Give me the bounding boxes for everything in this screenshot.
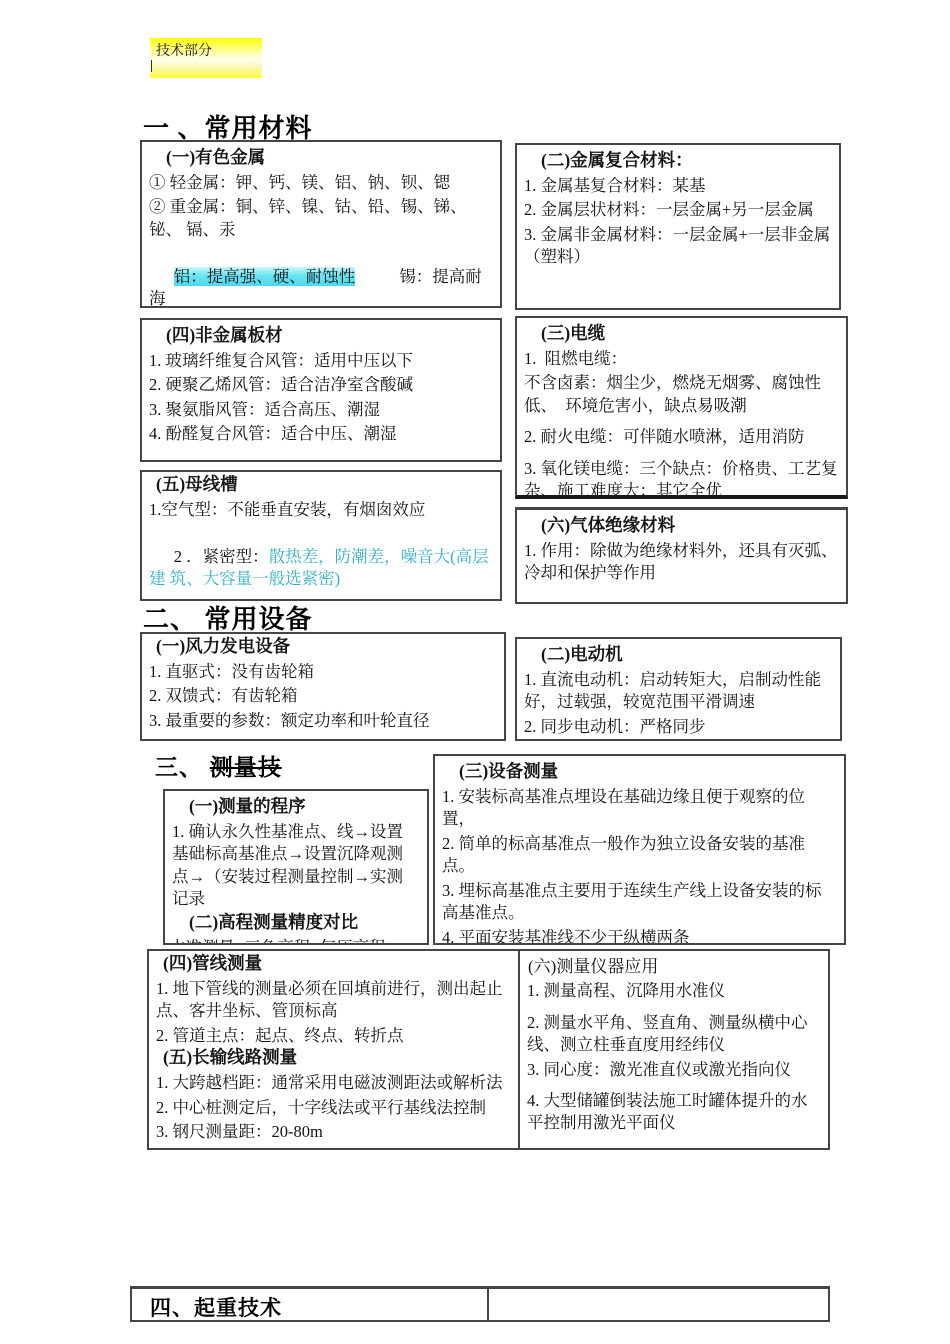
list-item: 1. 确认永久性基准点、线→设置基础标高基准点→设置沉降观测点→（安装过程测量控… xyxy=(165,821,427,911)
struck-text: 测量技 xyxy=(210,755,282,780)
list-item: 2. 中心桩测定后，十字线法或平行基线法控制 xyxy=(149,1097,518,1119)
list-item: 2. 管道主点：起点、终点、转折点 xyxy=(149,1025,518,1047)
box-subtitle: (二)高程测量精度对比 xyxy=(165,911,427,935)
list-item: ① 轻金属：钾、钙、镁、铝、钠、钡、锶 xyxy=(142,172,500,194)
list-item: 2. 金属层状材料：一层金属+另一层金属 xyxy=(517,199,839,221)
box-title: (二)金属复合材料： xyxy=(517,145,839,173)
list-item: 2. 耐火电缆：可伴随水喷淋，适用消防 xyxy=(517,426,846,448)
box-title: (一)风力发电设备 xyxy=(142,634,504,659)
section4-left-cell: 四、起重技术 xyxy=(132,1289,489,1320)
list-item: 2. 硬聚乙烯风管：适合洁净室含酸碱 xyxy=(142,374,500,396)
list-item: 2 ．紧密型：散热差，防潮差，噪音大(高层建 筑、大容量一般选紧密) xyxy=(142,523,500,601)
inline-text: 2 ．紧密型： xyxy=(174,547,269,566)
list-item: 2. 双馈式：有齿轮箱 xyxy=(142,685,504,707)
list-item: 1. 作用：除做为绝缘材料外，还具有灭弧、 冷却和保护等作用 xyxy=(517,540,846,585)
section4-right-cell-empty xyxy=(489,1289,828,1320)
box-motors: (二)电动机 1. 直流电动机：启动转矩大，启制动性能 好，过载强，较宽范围平滑… xyxy=(515,637,842,741)
list-item: 3. 钢尺测量距：20-80m xyxy=(149,1121,518,1143)
list-item: 水准测量>三角高程>气压高程 xyxy=(165,937,427,946)
list-item: 1. 直驱式：没有齿轮箱 xyxy=(142,661,504,683)
survey-table-left-cell: (四)管线测量 1. 地下管线的测量必须在回填前进行，测出起止点、客井坐标、管顶… xyxy=(149,951,520,1148)
box-cables: (三)电缆 1. 阻燃电缆： 不含卤素：烟尘少，燃烧无烟雾、腐蚀性低、 环境危害… xyxy=(515,316,848,499)
list-item: 1. 金属基复合材料：某基 xyxy=(517,175,839,197)
section4-heading: 四、起重技术 xyxy=(132,1289,487,1322)
list-item: 1. 阻燃电缆： xyxy=(517,348,846,370)
box-title: (一)有色金属 xyxy=(142,142,500,170)
section4-table: 四、起重技术 xyxy=(130,1286,830,1322)
list-item: 2. 同步电动机：严格同步 xyxy=(517,716,840,738)
highlighted-tag: 技术部分 xyxy=(150,38,262,78)
list-item: 3. 氧化镁电缆：三个缺点：价格贵、工艺复杂、施工难度大；其它全优 xyxy=(517,458,846,499)
box-busway: (五)母线槽 1.空气型：不能垂直安装，有烟囱效应 2 ．紧密型：散热差，防潮差… xyxy=(140,470,502,601)
list-item: 3. 同心度：激光准直仪或激光指向仪 xyxy=(520,1059,828,1081)
list-item: 3. 金属非金属材料：一层金属+一层非金属（塑料） xyxy=(517,224,839,269)
box-title: (六)气体绝缘材料 xyxy=(517,510,846,538)
tag-label: 技术部分 xyxy=(156,44,212,59)
list-item: 4. 酚醛复合风管：适合中压、潮湿 xyxy=(142,423,500,445)
section2-heading: 二、 常用设备 xyxy=(143,599,313,636)
list-item: ② 重金属：铜、锌、镍、钴、铅、锡、锑、铋、 镉、汞 xyxy=(142,196,500,241)
box-gas-insulation: (六)气体绝缘材料 1. 作用：除做为绝缘材料外，还具有灭弧、 冷却和保护等作用 xyxy=(515,507,848,604)
box-title: (五)长输线路测量 xyxy=(149,1047,518,1070)
text-cursor-mark xyxy=(151,60,152,72)
heading-prefix: 三、 xyxy=(155,755,210,780)
survey-table-right-cell: (六)测量仪器应用 1. 测量高程、沉降用水准仪 2. 测量水平角、竖直角、测量… xyxy=(520,951,828,1148)
list-item: 2. 测量水平角、竖直角、测量纵横中心线、测立柱垂直度用经纬仪 xyxy=(520,1012,828,1057)
list-item: 2. 简单的标高基准点一般作为独立设备安装的基准点。 xyxy=(435,833,844,878)
survey-table: (四)管线测量 1. 地下管线的测量必须在回填前进行，测出起止点、客井坐标、管顶… xyxy=(147,949,830,1150)
box-nonferrous-metals: (一)有色金属 ① 轻金属：钾、钙、镁、铝、钠、钡、锶 ② 重金属：铜、锌、镍、… xyxy=(140,140,502,308)
box-title: (三)设备测量 xyxy=(435,756,844,784)
list-item: 1. 玻璃纤维复合风管：适用中压以下 xyxy=(142,350,500,372)
box-equipment-survey: (三)设备测量 1. 安装标高基准点埋设在基础边缘且便于观察的位置， 2. 简单… xyxy=(433,754,846,945)
document-page: 技术部分 一 、常用材料 (一)有色金属 ① 轻金属：钾、钙、镁、铝、钠、钡、锶… xyxy=(0,0,950,1344)
box-title: (二)电动机 xyxy=(517,639,840,667)
box-nonmetal-boards: (四)非金属板材 1. 玻璃纤维复合风管：适用中压以下 2. 硬聚乙烯风管：适合… xyxy=(140,318,502,462)
list-item: 3. 埋标高基准点主要用于连续生产线上设备安装的标高基准点。 xyxy=(435,880,844,925)
list-item: 4. 平面安装基准线不少于纵横两条 xyxy=(435,927,844,946)
box-title: (一)测量的程序 xyxy=(165,791,427,819)
box-title: (三)电缆 xyxy=(517,318,846,346)
box-title: (四)管线测量 xyxy=(149,951,518,976)
box-metal-composites: (二)金属复合材料： 1. 金属基复合材料：某基 2. 金属层状材料：一层金属+… xyxy=(515,143,841,310)
box-survey-procedure: (一)测量的程序 1. 确认永久性基准点、线→设置基础标高基准点→设置沉降观测点… xyxy=(163,789,429,945)
list-item: 1. 地下管线的测量必须在回填前进行，测出起止点、客井坐标、管顶标高 xyxy=(149,978,518,1023)
list-item: 1. 安装标高基准点埋设在基础边缘且便于观察的位置， xyxy=(435,786,844,831)
box-wind-power: (一)风力发电设备 1. 直驱式：没有齿轮箱 2. 双馈式：有齿轮箱 3. 最重… xyxy=(140,632,506,741)
box-title: (五)母线槽 xyxy=(142,472,500,497)
box-title: (六)测量仪器应用 xyxy=(520,951,828,978)
list-item: 3. 最重要的参数：额定功率和叶轮直径 xyxy=(142,710,504,732)
list-item: 铝：提高强、硬、耐蚀性锡：提高耐海 xyxy=(142,243,500,308)
highlighted-text: 铝：提高强、硬、耐蚀性 xyxy=(174,267,356,286)
section3-heading: 三、 测量技 xyxy=(155,749,282,782)
list-item: 3. 聚氨脂风管：适合高压、潮湿 xyxy=(142,399,500,421)
box-title: (四)非金属板材 xyxy=(142,320,500,348)
list-item: 1. 测量高程、沉降用水准仪 xyxy=(520,980,828,1002)
list-item: 1.空气型：不能垂直安装，有烟囱效应 xyxy=(142,499,500,521)
list-item: 不含卤素：烟尘少，燃烧无烟雾、腐蚀性低、 环境危害小，缺点易吸潮 xyxy=(517,372,846,417)
list-item: 1. 直流电动机：启动转矩大，启制动性能 好，过载强，较宽范围平滑调速 xyxy=(517,669,840,714)
list-item: 1. 大跨越档距：通常采用电磁波测距法或解析法 xyxy=(149,1072,518,1094)
list-item: 4. 大型储罐倒装法施工时罐体提升的水平控制用激光平面仪 xyxy=(520,1090,828,1135)
